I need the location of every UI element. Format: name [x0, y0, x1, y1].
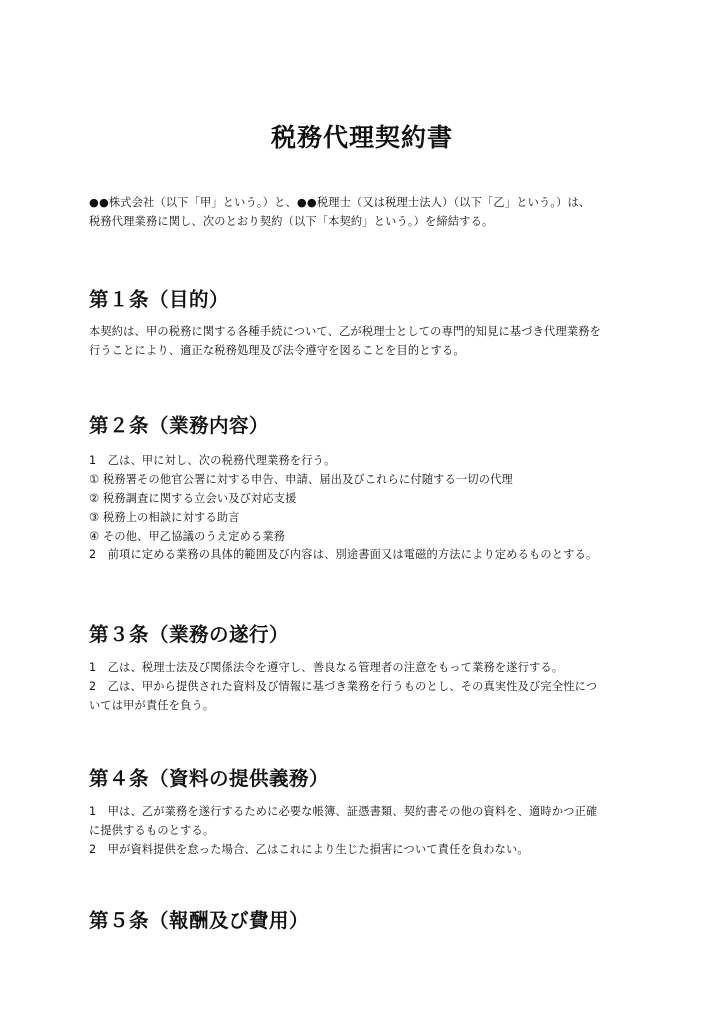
article-line: に提供するものとする。 [89, 821, 649, 840]
preamble-line: ●●株式会社（以下「甲」という。）と、●●税理士（又は税理士法人）（以下「乙」と… [89, 193, 649, 212]
article-line: 行うことにより、適正な税務処理及び法令遵守を図ることを目的とする。 [89, 341, 649, 360]
article-5-heading: 第５条（報酬及び費用） [89, 905, 309, 933]
article-line: 2 乙は、甲から提供された資料及び情報に基づき業務を行うものとし、その真実性及び… [89, 677, 649, 696]
list-item: ④ その他、甲乙協議のうえ定める業務 [89, 527, 649, 546]
article-2-clause-2: 2 前項に定める業務の具体的範囲及び内容は、別途書面又は電磁的方法により定めるも… [89, 545, 649, 564]
article-2-heading: 第２条（業務内容） [89, 410, 269, 438]
article-1-heading: 第１条（目的） [89, 284, 229, 312]
preamble: ●●株式会社（以下「甲」という。）と、●●税理士（又は税理士法人）（以下「乙」と… [89, 193, 649, 231]
article-line: 本契約は、甲の税務に関する各種手続について、乙が税理士としての専門的知見に基づき… [89, 322, 649, 341]
article-3-heading: 第３条（業務の遂行） [89, 619, 289, 647]
list-item: ① 税務署その他官公署に対する申告、申請、届出及びこれらに付随する一切の代理 [89, 470, 649, 489]
article-4-heading: 第４条（資料の提供義務） [89, 763, 329, 791]
article-line: 2 前項に定める業務の具体的範囲及び内容は、別途書面又は電磁的方法により定めるも… [89, 545, 649, 564]
preamble-line: 税務代理業務に関し、次のとおり契約（以下「本契約」という。）を締結する。 [89, 212, 649, 231]
article-line: 1 乙は、甲に対し、次の税務代理業務を行う。 [89, 451, 649, 470]
article-4-body: 1 甲は、乙が業務を遂行するために必要な帳簿、証憑書類、契約書その他の資料を、適… [89, 802, 649, 859]
article-line: 1 甲は、乙が業務を遂行するために必要な帳簿、証憑書類、契約書その他の資料を、適… [89, 802, 649, 821]
article-line: 2 甲が資料提供を怠った場合、乙はこれにより生じた損害について責任を負わない。 [89, 840, 649, 859]
document-title: 税務代理契約書 [0, 118, 724, 154]
article-3-body: 1 乙は、税理士法及び関係法令を遵守し、善良なる管理者の注意をもって業務を遂行す… [89, 658, 649, 715]
article-line: いては甲が責任を負う。 [89, 696, 649, 715]
article-line: 1 乙は、税理士法及び関係法令を遵守し、善良なる管理者の注意をもって業務を遂行す… [89, 658, 649, 677]
list-item: ② 税務調査に関する立会い及び対応支援 [89, 489, 649, 508]
list-item: ③ 税務上の相談に対する助言 [89, 508, 649, 527]
article-1-body: 本契約は、甲の税務に関する各種手続について、乙が税理士としての専門的知見に基づき… [89, 322, 649, 360]
article-2-body: 1 乙は、甲に対し、次の税務代理業務を行う。 ① 税務署その他官公署に対する申告… [89, 451, 649, 546]
document-page: 税務代理契約書 ●●株式会社（以下「甲」という。）と、●●税理士（又は税理士法人… [0, 0, 724, 1024]
